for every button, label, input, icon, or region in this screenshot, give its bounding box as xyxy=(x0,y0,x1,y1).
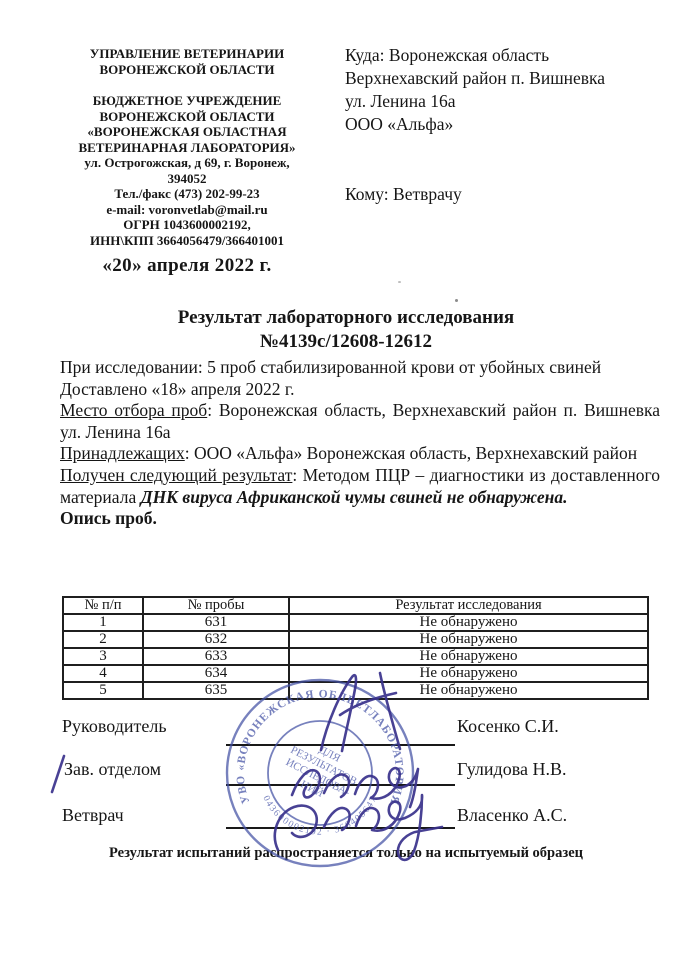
signature-director-ink xyxy=(321,675,356,751)
sender-ogrn-line: ОГРН 1043600002192, xyxy=(58,217,316,233)
cell-index: 2 xyxy=(63,631,143,648)
underlined-label: Место отбора проб xyxy=(60,400,207,420)
signature-name-head-of-department: Гулидова Н.В. xyxy=(457,759,566,780)
cell-index: 1 xyxy=(63,614,143,631)
sender-inn-line: ИНН\КПП 3664056479/366401001 xyxy=(58,233,316,249)
pen-slash-mark xyxy=(52,756,64,792)
handwritten-signatures xyxy=(40,655,470,885)
text-run: При исследовании: 5 проб стабилизированн… xyxy=(60,357,601,377)
scanned-lab-report-page: УПРАВЛЕНИЕ ВЕТЕРИНАРИИ ВОРОНЕЖСКОЙ ОБЛАС… xyxy=(0,0,692,968)
paragraph-samples: При исследовании: 5 проб стабилизированн… xyxy=(60,357,660,379)
recipient-whom-line: Кому: Ветврачу xyxy=(345,183,680,206)
sender-address-line: ул. Острогожская, д 69, г. Воронеж, xyxy=(58,155,316,171)
col-header-sample: № пробы xyxy=(143,597,289,614)
sender-org-line: «ВОРОНЕЖСКАЯ ОБЛАСТНАЯ xyxy=(58,124,316,140)
signature-name-director: Косенко С.И. xyxy=(457,716,559,737)
report-number: №4139с/12608-12612 xyxy=(46,330,646,354)
samples-list-heading: Опись проб. xyxy=(60,508,660,530)
sender-dept-line: ВОРОНЕЖСКОЙ ОБЛАСТИ xyxy=(58,62,316,78)
scan-speck xyxy=(455,299,458,302)
paragraph-owner: Принадлежащих: ООО «Альфа» Воронежская о… xyxy=(60,443,660,465)
result-emphasis: ДНК вируса Африканской чумы свиней не об… xyxy=(141,487,568,507)
col-header-index: № п/п xyxy=(63,597,143,614)
recipient-line: ул. Ленина 16а xyxy=(345,90,680,113)
text-run: : ООО «Альфа» Воронежская область, Верхн… xyxy=(185,443,637,463)
table-row: 1 631 Не обнаружено xyxy=(63,614,648,631)
paragraph-delivered: Доставлено «18» апреля 2022 г. xyxy=(60,379,660,401)
sender-org-line: БЮДЖЕТНОЕ УЧРЕЖДЕНИЕ xyxy=(58,93,316,109)
report-body: При исследовании: 5 проб стабилизированн… xyxy=(60,357,660,530)
sender-dept-line: УПРАВЛЕНИЕ ВЕТЕРИНАРИИ xyxy=(58,46,316,62)
sender-email-line: e-mail: voronvetlab@mail.ru xyxy=(58,202,316,218)
paragraph-result: Получен следующий результат: Методом ПЦР… xyxy=(60,465,660,508)
sender-address-line: 394052 xyxy=(58,171,316,187)
recipient-block: Куда: Воронежская область Верхнехавский … xyxy=(345,44,680,206)
cell-result: Не обнаружено xyxy=(289,614,648,631)
sender-org-line: ВЕТЕРИНАРНАЯ ЛАБОРАТОРИЯ» xyxy=(58,140,316,156)
sender-letterhead: УПРАВЛЕНИЕ ВЕТЕРИНАРИИ ВОРОНЕЖСКОЙ ОБЛАС… xyxy=(58,46,316,277)
document-title: Результат лабораторного исследования №41… xyxy=(46,306,646,354)
signature-veterinarian-ink xyxy=(275,795,442,860)
underlined-label: Получен следующий результат xyxy=(60,465,292,485)
col-header-result: Результат исследования xyxy=(289,597,648,614)
cell-sample: 632 xyxy=(143,631,289,648)
spacer xyxy=(58,77,316,93)
paragraph-sampling-place: Место отбора проб: Воронежская область, … xyxy=(60,400,660,443)
cell-result: Не обнаружено xyxy=(289,631,648,648)
underlined-label: Принадлежащих xyxy=(60,443,185,463)
table-row: 2 632 Не обнаружено xyxy=(63,631,648,648)
signature-director-ink xyxy=(380,673,400,749)
document-date: «20» апреля 2022 г. xyxy=(58,255,316,277)
recipient-line: ООО «Альфа» xyxy=(345,113,680,136)
scan-speck xyxy=(398,281,401,283)
signature-head-ink xyxy=(292,768,418,807)
cell-sample: 631 xyxy=(143,614,289,631)
text-run: Доставлено «18» апреля 2022 г. xyxy=(60,379,294,399)
table-header-row: № п/п № пробы Результат исследования xyxy=(63,597,648,614)
signature-name-veterinarian: Власенко А.С. xyxy=(457,805,567,826)
sender-phone-line: Тел./факс (473) 202-99-23 xyxy=(58,186,316,202)
title-line: Результат лабораторного исследования xyxy=(46,306,646,330)
text-run: Опись проб. xyxy=(60,508,157,528)
recipient-line: Верхнехавский район п. Вишневка xyxy=(345,67,680,90)
recipient-line: Куда: Воронежская область xyxy=(345,44,680,67)
sender-org-line: ВОРОНЕЖСКОЙ ОБЛАСТИ xyxy=(58,109,316,125)
